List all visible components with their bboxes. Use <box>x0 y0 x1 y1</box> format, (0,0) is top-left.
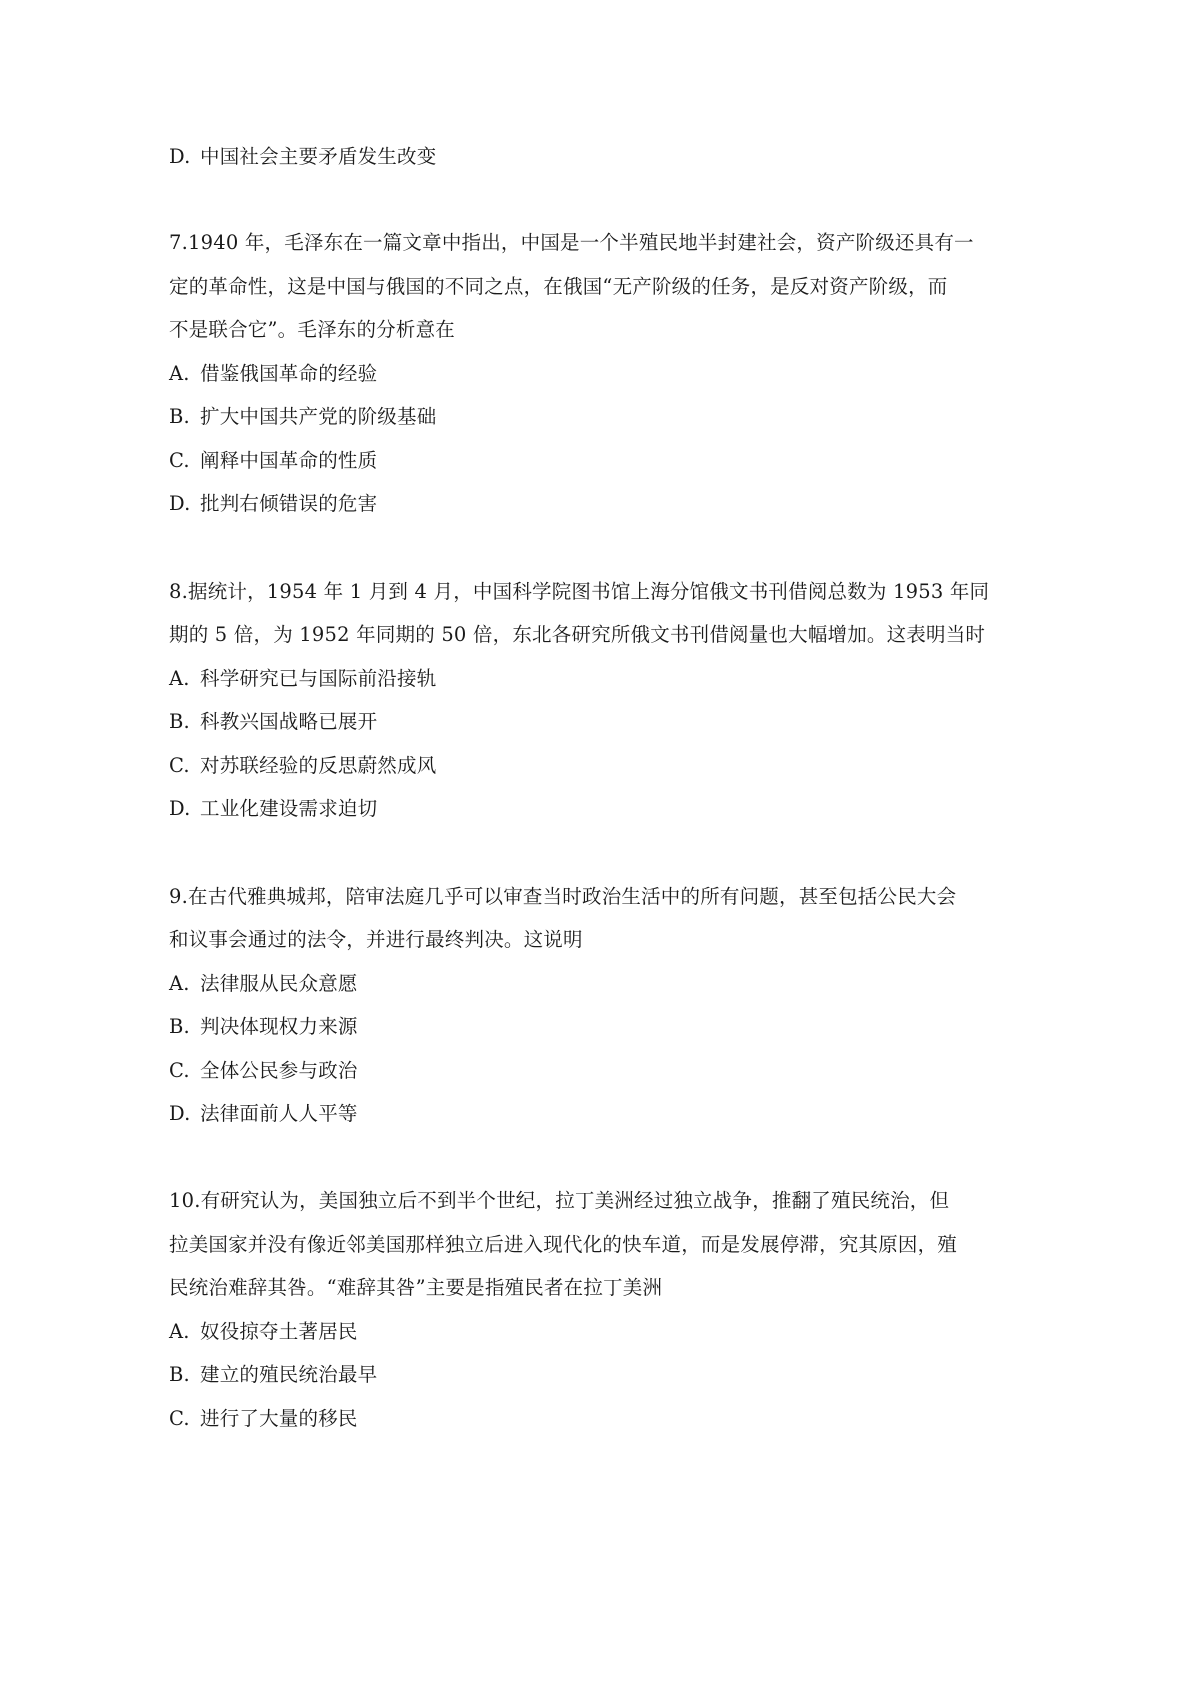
option-letter: A. <box>169 969 200 999</box>
option-letter: C. <box>169 1056 200 1086</box>
option-b: B.判决体现权力来源 <box>169 1012 358 1042</box>
option-letter: C. <box>169 1404 200 1434</box>
question-stem-line: 和议事会通过的法令，并进行最终判决。这说明 <box>169 925 583 955</box>
option-letter: B. <box>169 1360 200 1390</box>
option-letter: A. <box>169 664 200 694</box>
option-b: B.建立的殖民统治最早 <box>169 1360 377 1390</box>
option-letter: C. <box>169 751 200 781</box>
option-c: C.对苏联经验的反思蔚然成风 <box>169 751 436 781</box>
exam-page: D.中国社会主要矛盾发生改变 7.1940 年，毛泽东在一篇文章中指出，中国是一… <box>0 0 1200 1698</box>
question-stem-line: 不是联合它”。毛泽东的分析意在 <box>169 315 455 345</box>
question-stem-line: 9.在古代雅典城邦，陪审法庭几乎可以审查当时政治生活中的所有问题，甚至包括公民大… <box>169 882 956 912</box>
option-text: 法律面前人人平等 <box>200 1102 358 1125</box>
option-letter: B. <box>169 707 200 737</box>
question-stem-line: 10.有研究认为，美国独立后不到半个世纪，拉丁美洲经过独立战争，推翻了殖民统治，… <box>169 1186 949 1216</box>
option-text: 科学研究已与国际前沿接轨 <box>200 667 436 690</box>
question-stem-line: 拉美国家并没有像近邻美国那样独立后进入现代化的快车道，而是发展停滞，究其原因，殖 <box>169 1230 957 1260</box>
question-stem-line: 民统治难辞其咎。“难辞其咎”主要是指殖民者在拉丁美洲 <box>169 1273 662 1303</box>
prev-question-option-d: D.中国社会主要矛盾发生改变 <box>169 142 436 172</box>
option-letter: D. <box>169 489 200 519</box>
option-a: A.奴役掠夺土著居民 <box>169 1317 358 1347</box>
option-c: C.进行了大量的移民 <box>169 1404 358 1434</box>
option-letter: D. <box>169 142 200 172</box>
option-text: 建立的殖民统治最早 <box>200 1363 377 1386</box>
option-text: 法律服从民众意愿 <box>200 972 358 995</box>
option-d: D.法律面前人人平等 <box>169 1099 358 1129</box>
option-text: 阐释中国革命的性质 <box>200 449 377 472</box>
option-text: 奴役掠夺土著居民 <box>200 1320 358 1343</box>
option-text: 科教兴国战略已展开 <box>200 710 377 733</box>
option-text: 工业化建设需求迫切 <box>200 797 377 820</box>
option-text: 批判右倾错误的危害 <box>200 492 377 515</box>
option-letter: A. <box>169 1317 200 1347</box>
option-text: 判决体现权力来源 <box>200 1015 358 1038</box>
option-text: 借鉴俄国革命的经验 <box>200 362 377 385</box>
option-letter: A. <box>169 359 200 389</box>
question-stem-line: 期的 5 倍，为 1952 年同期的 50 倍，东北各研究所俄文书刊借阅量也大幅… <box>169 620 985 650</box>
option-letter: C. <box>169 446 200 476</box>
question-stem-line: 7.1940 年，毛泽东在一篇文章中指出，中国是一个半殖民地半封建社会，资产阶级… <box>169 228 974 258</box>
option-d: D.工业化建设需求迫切 <box>169 794 377 824</box>
option-letter: B. <box>169 402 200 432</box>
option-text: 全体公民参与政治 <box>200 1059 358 1082</box>
option-c: C.阐释中国革命的性质 <box>169 446 377 476</box>
option-a: A.借鉴俄国革命的经验 <box>169 359 377 389</box>
option-letter: D. <box>169 1099 200 1129</box>
option-text: 对苏联经验的反思蔚然成风 <box>200 754 436 777</box>
option-text: 中国社会主要矛盾发生改变 <box>200 145 436 168</box>
option-b: B.科教兴国战略已展开 <box>169 707 377 737</box>
option-c: C.全体公民参与政治 <box>169 1056 358 1086</box>
option-text: 扩大中国共产党的阶级基础 <box>200 405 436 428</box>
option-a: A.法律服从民众意愿 <box>169 969 358 999</box>
question-stem-line: 8.据统计，1954 年 1 月到 4 月，中国科学院图书馆上海分馆俄文书刊借阅… <box>169 577 989 607</box>
option-letter: D. <box>169 794 200 824</box>
option-a: A.科学研究已与国际前沿接轨 <box>169 664 436 694</box>
option-b: B.扩大中国共产党的阶级基础 <box>169 402 436 432</box>
question-stem-line: 定的革命性，这是中国与俄国的不同之点，在俄国“无产阶级的任务，是反对资产阶级，而 <box>169 272 947 302</box>
option-text: 进行了大量的移民 <box>200 1407 358 1430</box>
option-letter: B. <box>169 1012 200 1042</box>
option-d: D.批判右倾错误的危害 <box>169 489 377 519</box>
